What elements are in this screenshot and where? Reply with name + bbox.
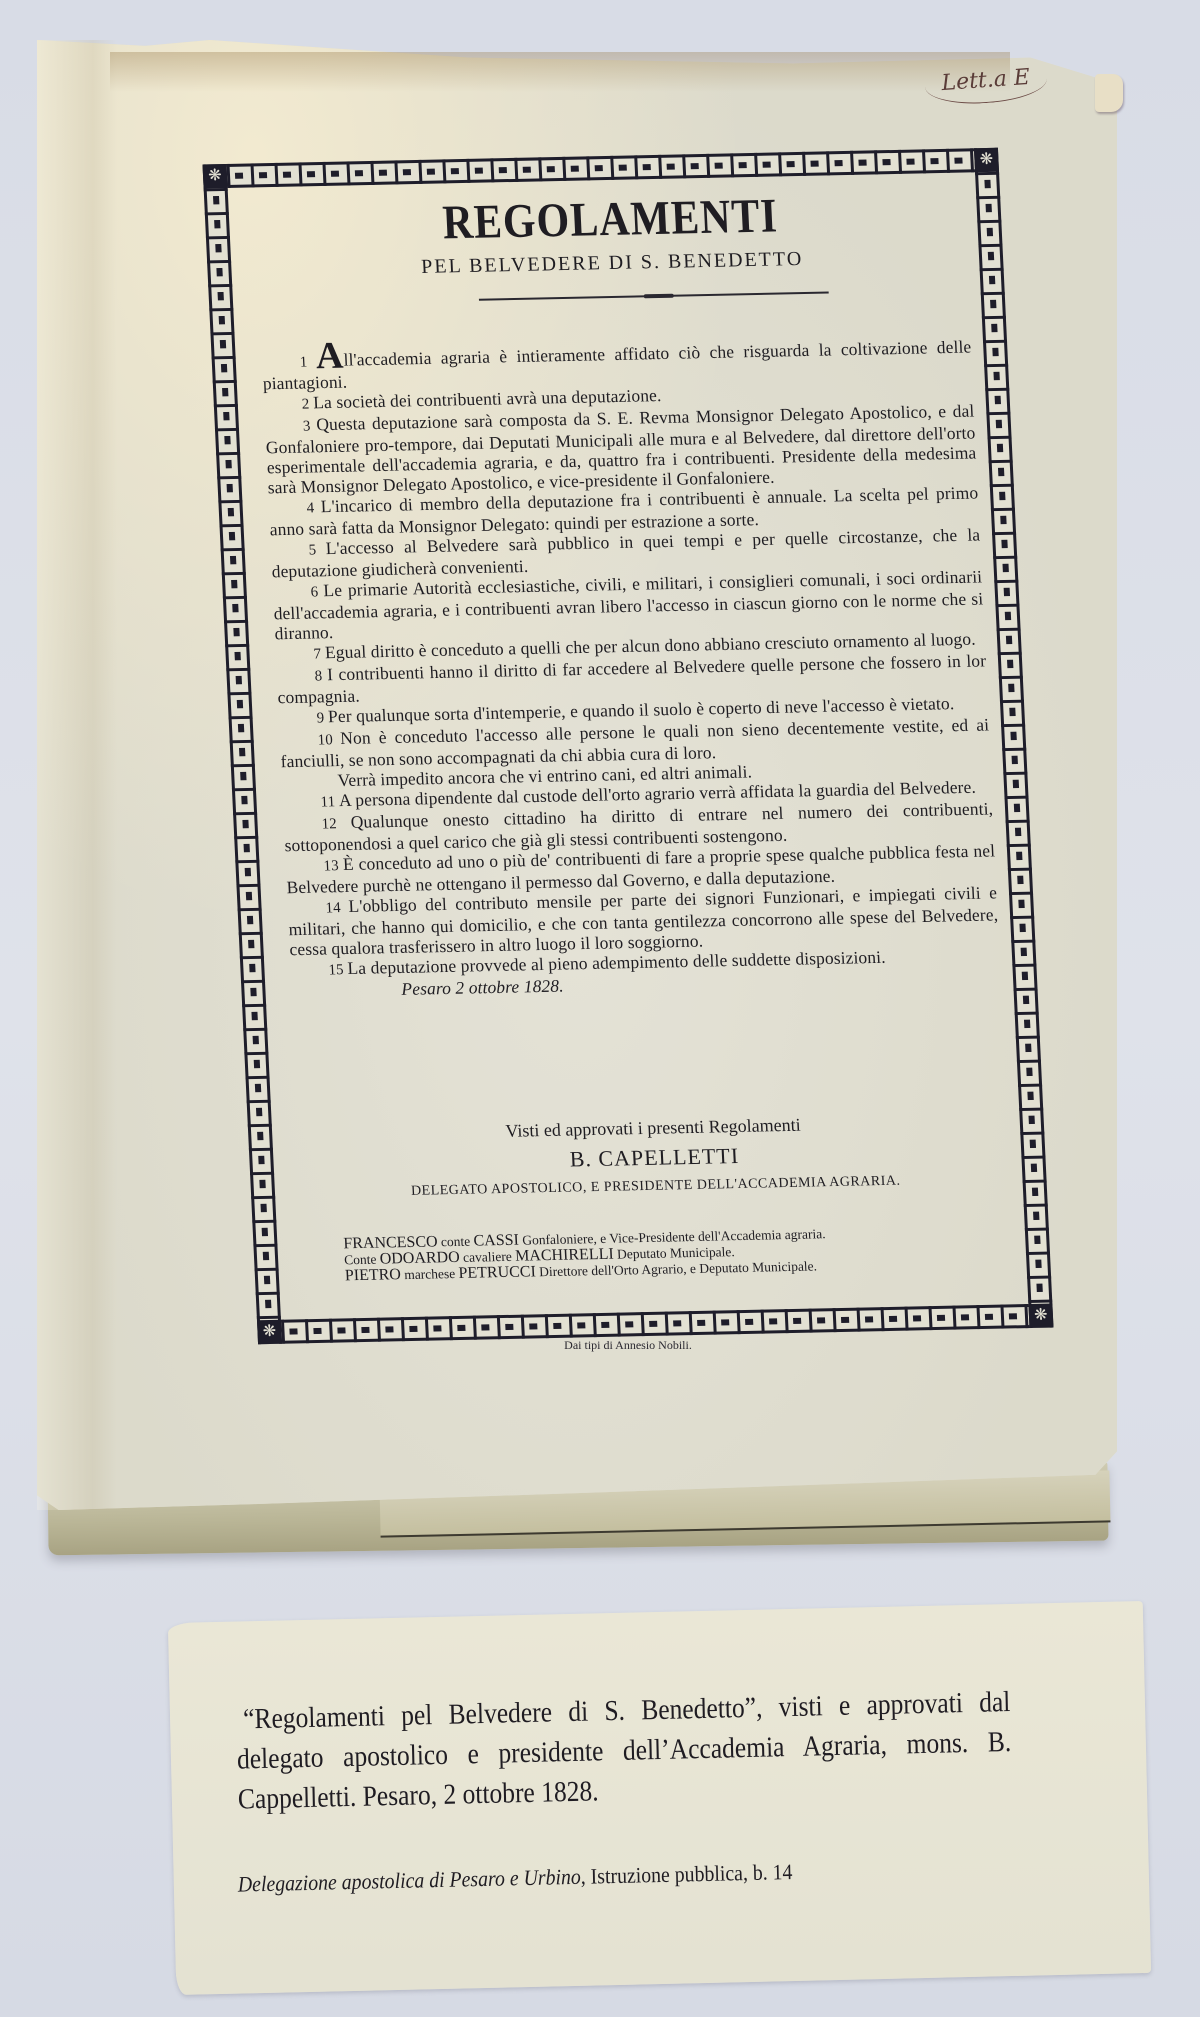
caption-source-archive: Delegazione apostolica di Pesaro e Urbin… — [238, 1864, 581, 1897]
member-name: ODOARDO — [379, 1249, 460, 1268]
article-number: 10 — [317, 732, 340, 748]
folded-corner-tab — [1095, 74, 1123, 112]
deputation-members: FRANCESCO conte CASSI Gonfaloniere, e Vi… — [343, 1223, 995, 1285]
article-number: 15 — [328, 962, 348, 978]
shell-ornament-icon: ❋ — [974, 148, 999, 172]
article-number: 8 — [314, 668, 327, 684]
caption-card: “Regolamenti pel Belvedere di S. Benedet… — [168, 1601, 1151, 1995]
article-number: 12 — [321, 816, 351, 833]
member-role: conte — [437, 1234, 474, 1250]
article-number: 13 — [323, 858, 343, 874]
article-number: 11 — [320, 794, 339, 810]
member-role: cavaliere — [459, 1249, 515, 1265]
article-number: 4 — [306, 500, 321, 516]
article-number: 5 — [308, 542, 326, 558]
caption-source-detail: , Istruzione pubblica, b. 14 — [580, 1859, 792, 1889]
article-text: Questa deputazione sarà composta da S. E… — [265, 400, 976, 497]
caption-description: “Regolamenti pel Belvedere di S. Benedet… — [236, 1682, 1013, 1820]
caption-source: Delegazione apostolica di Pesaro e Urbin… — [238, 1859, 793, 1898]
article-number: 6 — [310, 584, 324, 600]
shell-ornament-icon: ❋ — [203, 164, 228, 188]
member-role: Conte — [344, 1252, 380, 1268]
member-role: marchese — [401, 1266, 459, 1282]
article-number: 3 — [302, 418, 316, 434]
shell-ornament-icon: ❋ — [1028, 1304, 1053, 1328]
member-name: PETRUCCI — [458, 1263, 536, 1282]
article-number: 14 — [325, 900, 349, 916]
greek-key-frame: ❋ ❋ ❋ ❋ REGOLAMENTI PEL BELVEDERE DI S. … — [203, 148, 1054, 1344]
member-role: Deputato Municipale. — [613, 1244, 735, 1262]
member-name: PIETRO — [345, 1266, 402, 1284]
article-item: 3 Questa deputazione sarà composta da S.… — [264, 400, 977, 497]
member-name: CASSI — [473, 1232, 519, 1250]
member-name: MACHIRELLI — [515, 1246, 614, 1265]
approval-block: Visti ed approvati i presenti Regolament… — [298, 1110, 1011, 1202]
caption-description-text: “Regolamenti pel Belvedere di S. Benedet… — [236, 1682, 1013, 1820]
document-title: REGOLAMENTI — [254, 185, 966, 255]
title-rule-divider — [479, 291, 829, 300]
article-number: 1 — [299, 354, 316, 370]
sheet-top-stain — [110, 52, 1010, 92]
printer-credit: Dai tipi di Annesio Nobili. — [230, 1338, 1026, 1353]
articles-list: 1 All'accademia agraria è intieramente a… — [261, 337, 1001, 1002]
